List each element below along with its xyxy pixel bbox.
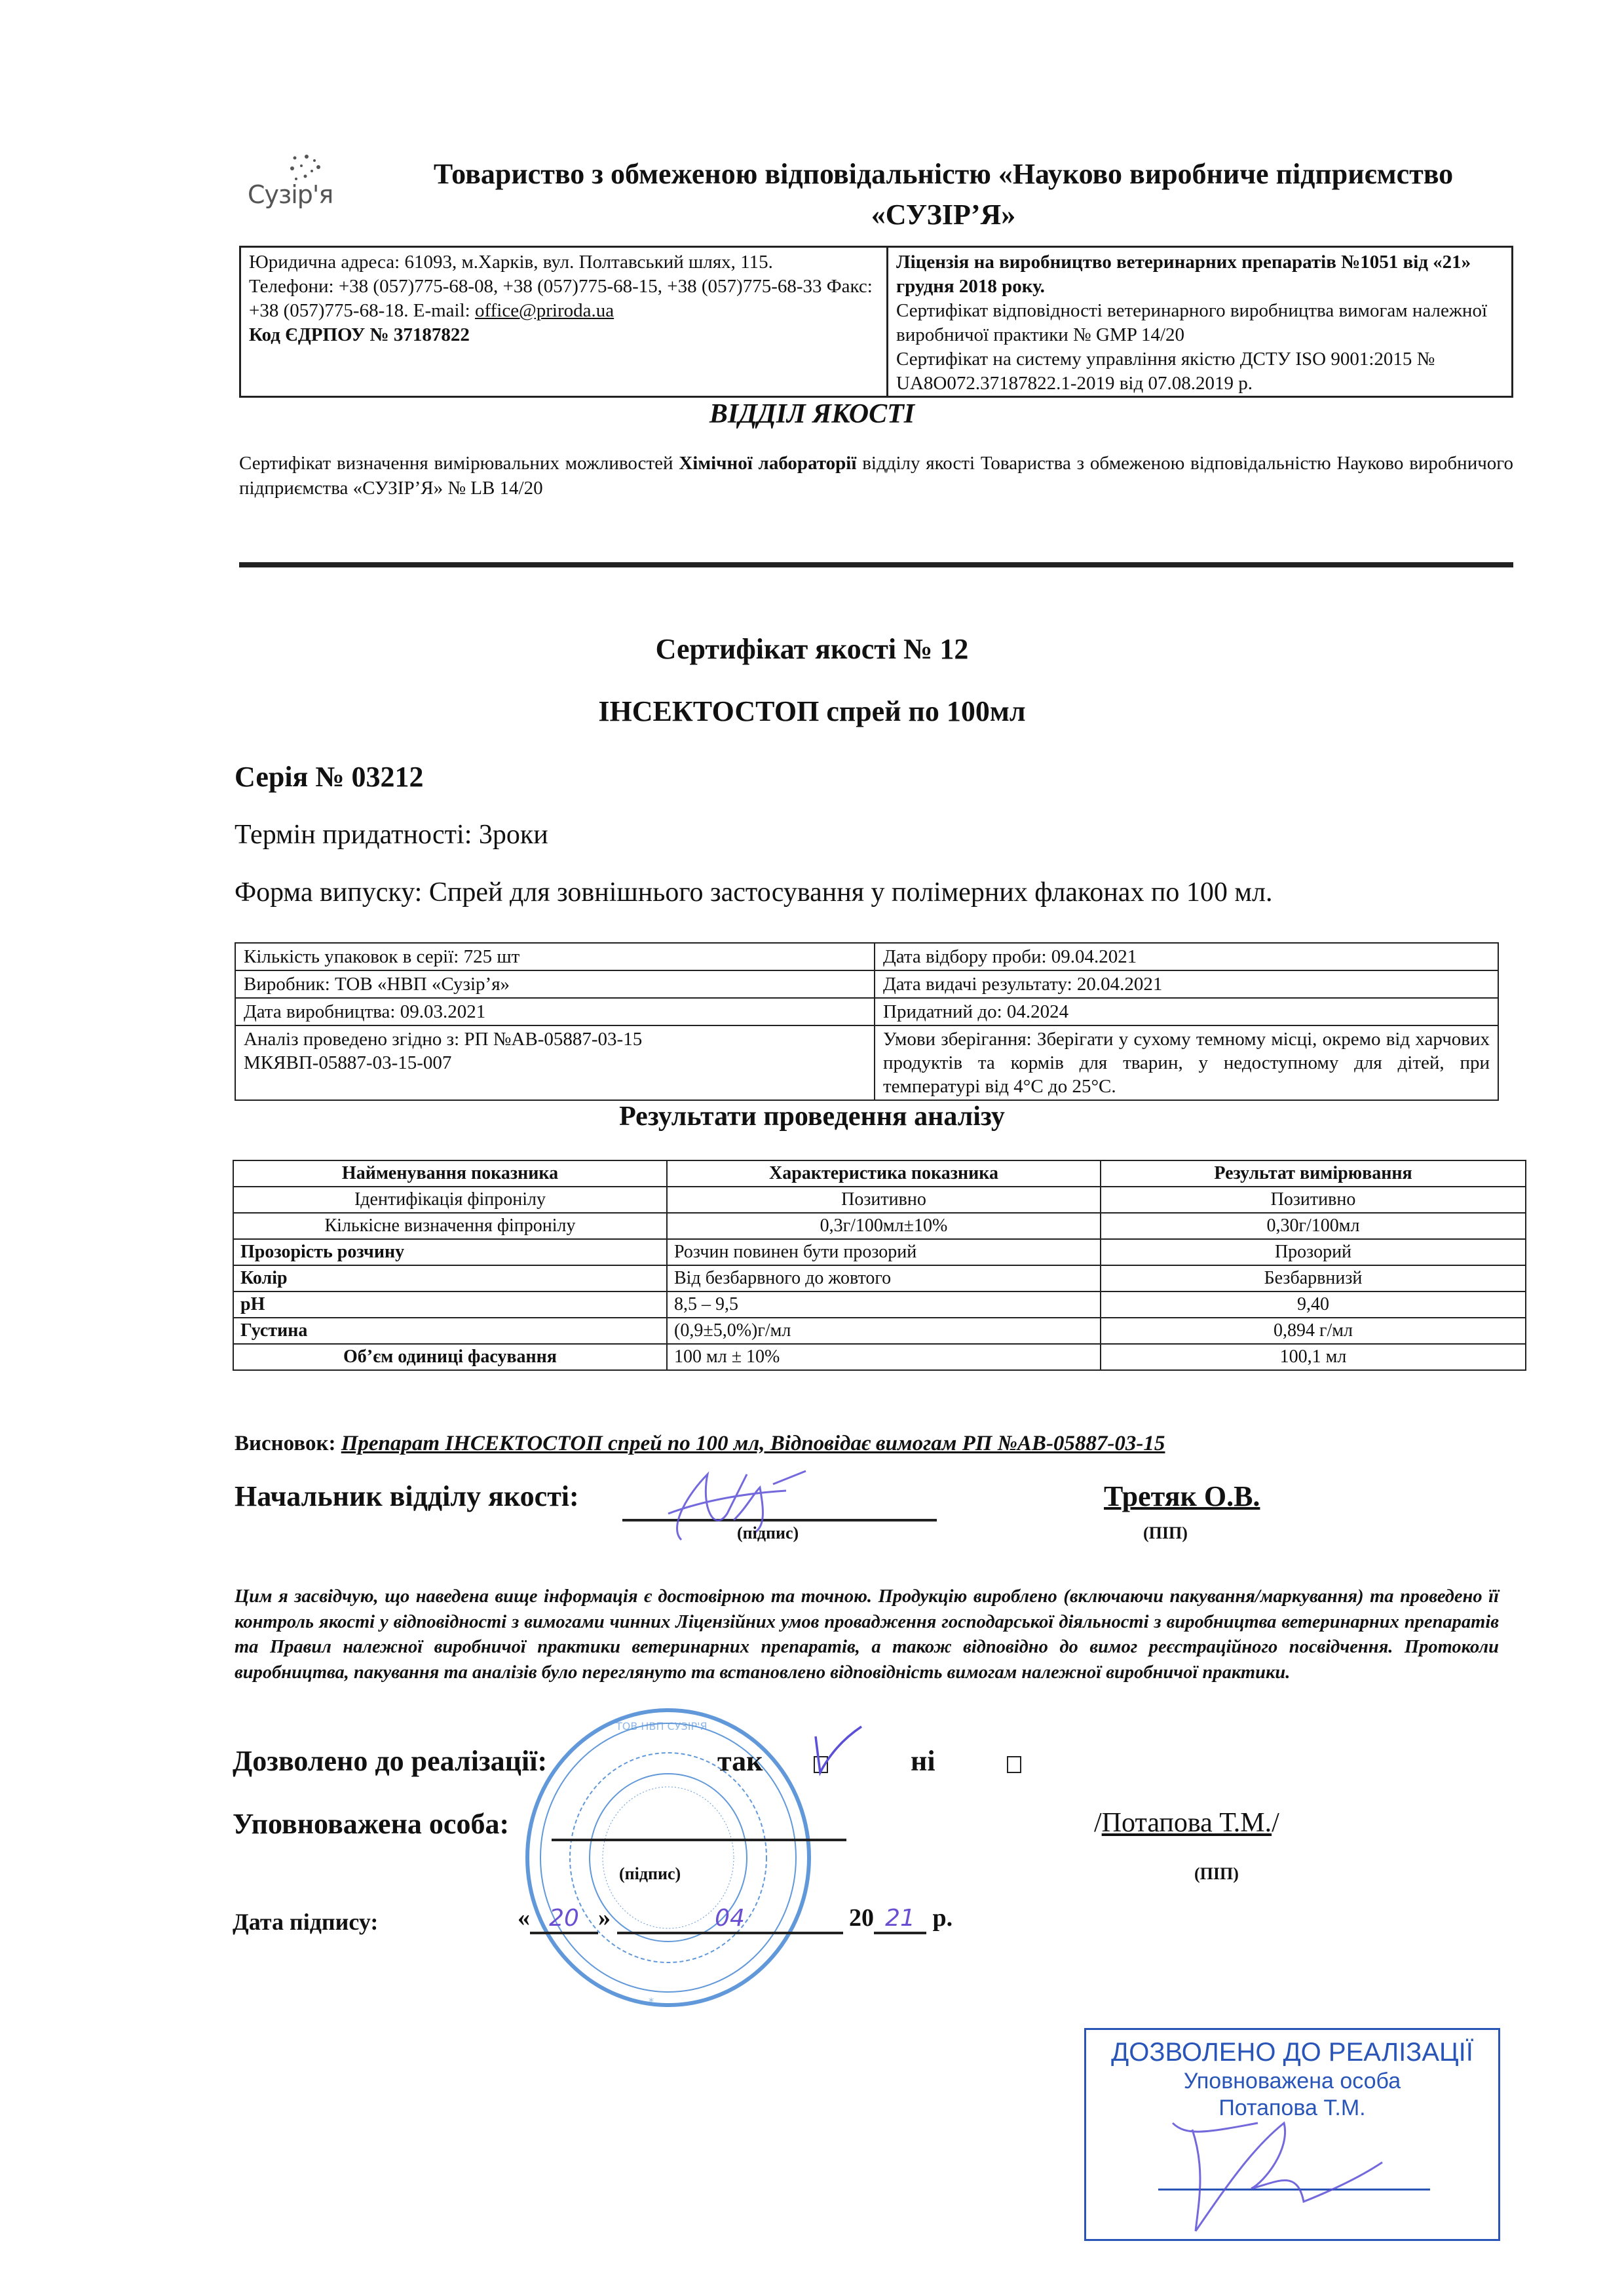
batch-info-table: Кількість упаковок в серії: 725 шт Дата …	[235, 942, 1499, 1101]
table-row: Об’єм одиниці фасування 100 мл ± 10% 100…	[233, 1344, 1526, 1370]
indicator-result: Безбарвнизй	[1101, 1265, 1526, 1291]
indicator-spec: Розчин повинен бути прозорий	[667, 1239, 1101, 1265]
head-qc-label: Начальник відділу якості:	[235, 1480, 579, 1513]
legal-address: Юридична адреса: 61093, м.Харків, вул. П…	[249, 250, 878, 275]
email-link[interactable]: office@priroda.ua	[475, 300, 614, 321]
indicator-name: Кількісне визначення фіпронілу	[233, 1213, 667, 1239]
batch-quantity: Кількість упаковок в серії: 725 шт	[235, 943, 875, 970]
table-header-row: Найменування показника Характеристика по…	[233, 1160, 1526, 1187]
expiry-date: Придатний до: 04.2024	[875, 998, 1498, 1025]
table-row: Густина (0,9±5,0%)г/мл 0,894 г/мл	[233, 1318, 1526, 1344]
indicator-spec: (0,9±5,0%)г/мл	[667, 1318, 1101, 1344]
indicator-result: Позитивно	[1101, 1187, 1526, 1213]
round-seal-icon: ТОВ НВП СУЗІР'Я *	[518, 1704, 819, 2012]
table-row: pH 8,5 – 9,5 9,40	[233, 1291, 1526, 1318]
table-row: Дата виробництва: 09.03.2021 Придатний д…	[235, 998, 1498, 1025]
logo-text: Сузір'я	[248, 180, 333, 209]
analysis-basis-line2: МКЯВП-05887-03-15-007	[244, 1051, 866, 1075]
name-suffix: /	[1272, 1808, 1279, 1838]
option-yes-label: так	[717, 1744, 763, 1778]
date-year-field[interactable]: 21	[874, 1905, 926, 1934]
date-month-field[interactable]: 04	[617, 1905, 843, 1934]
authorized-person-name: /Потапова Т.М./	[1094, 1807, 1279, 1839]
authorized-signature-line	[552, 1839, 846, 1841]
indicator-name: Густина	[233, 1318, 667, 1344]
results-title: Результати проведення аналізу	[0, 1101, 1624, 1132]
company-info-box: Юридична адреса: 61093, м.Харків, вул. П…	[239, 246, 1513, 398]
signature-caption: (підпис)	[737, 1523, 799, 1543]
results-table: Найменування показника Характеристика по…	[233, 1160, 1526, 1371]
analysis-basis-line1: Аналіз проведено згідно з: РП №АВ-05887-…	[244, 1027, 866, 1051]
column-header: Характеристика показника	[667, 1160, 1101, 1187]
option-no-checkbox[interactable]	[1007, 1756, 1021, 1773]
quote-open: «	[518, 1904, 530, 1932]
phones-fax: Телефони: +38 (057)775-68-08, +38 (057)7…	[249, 275, 878, 323]
name-caption: (ПІП)	[1194, 1864, 1239, 1884]
department-title: ВІДДІЛ ЯКОСТІ	[0, 398, 1624, 430]
head-qc-name: Третяк О.В.	[1104, 1480, 1260, 1513]
signature-caption: (підпис)	[619, 1864, 681, 1884]
production-license: Ліцензія на виробництво ветеринарних пре…	[896, 250, 1503, 299]
authorized-person-label: Уповноважена особа:	[233, 1807, 509, 1841]
company-title: Товариство з обмеженою відповідальністю …	[367, 154, 1520, 235]
name-caption: (ПІП)	[1143, 1523, 1188, 1543]
header-divider	[239, 562, 1513, 567]
table-row: Прозорість розчину Розчин повинен бути п…	[233, 1239, 1526, 1265]
indicator-spec: 0,3г/100мл±10%	[667, 1213, 1101, 1239]
indicator-result: Прозорий	[1101, 1239, 1526, 1265]
indicator-spec: Від безбарвного до жовтого	[667, 1265, 1101, 1291]
column-header: Найменування показника	[233, 1160, 667, 1187]
option-no-label: ні	[911, 1744, 935, 1778]
conclusion-value: Препарат ІНСЕКТОСТОП спрей по 100 мл, Ві…	[341, 1432, 1165, 1455]
date-day-field[interactable]: 20	[530, 1905, 598, 1934]
company-logo: Сузір'я	[248, 154, 339, 213]
column-header: Результат вимірювання	[1101, 1160, 1526, 1187]
checkmark-icon	[806, 1723, 865, 1782]
conclusion: Висновок: Препарат ІНСЕКТОСТОП спрей по …	[235, 1432, 1165, 1456]
stamp-line2: Уповноважена особа	[1086, 2069, 1498, 2094]
quote-close: »	[598, 1904, 611, 1932]
indicator-name: Ідентифікація фіпронілу	[233, 1187, 667, 1213]
product-title: ІНСЕКТОСТОП спрей по 100мл	[0, 695, 1624, 728]
release-form: Форма випуску: Спрей для зовнішнього зас…	[235, 877, 1272, 908]
sampling-date: Дата відбору проби: 09.04.2021	[875, 943, 1498, 970]
indicator-spec: 8,5 – 9,5	[667, 1291, 1101, 1318]
certificate-title: Сертифікат якості № 12	[0, 632, 1624, 666]
company-title-line2: «СУЗІР’Я»	[367, 195, 1520, 235]
lab-cert-text-bold: Хімічної лабораторії	[679, 453, 856, 474]
production-date: Дата виробництва: 09.03.2021	[235, 998, 875, 1025]
indicator-result: 100,1 мл	[1101, 1344, 1526, 1370]
indicator-spec: 100 мл ± 10%	[667, 1344, 1101, 1370]
indicator-result: 0,894 г/мл	[1101, 1318, 1526, 1344]
iso-certificate: Сертифікат на систему управління якістю …	[896, 347, 1503, 396]
svg-text:*: *	[649, 1995, 654, 2008]
shelf-life: Термін придатності: 3роки	[235, 819, 548, 851]
indicator-result: 9,40	[1101, 1291, 1526, 1318]
year-prefix: 20	[849, 1904, 874, 1932]
name-prefix: /	[1094, 1808, 1102, 1838]
storage-conditions: Умови зберігання: Зберігати у сухому тем…	[875, 1025, 1498, 1100]
table-row: Виробник: ТОВ «НВП «Сузір’я» Дата видачі…	[235, 970, 1498, 998]
edrpou-code: Код ЄДРПОУ № 37187822	[249, 323, 878, 347]
sign-date-label: Дата підпису:	[233, 1908, 378, 1936]
gmp-certificate: Сертифікат відповідності ветеринарного в…	[896, 299, 1503, 347]
name-value: Потапова Т.М.	[1102, 1808, 1272, 1838]
result-issue-date: Дата видачі результату: 20.04.2021	[875, 970, 1498, 998]
authorized-signature-icon	[1166, 2110, 1389, 2234]
company-title-line1: Товариство з обмеженою відповідальністю …	[367, 154, 1520, 195]
lab-cert-text-1: Сертифікат визначення вимірювальних можл…	[239, 453, 679, 474]
lab-certificate-note: Сертифікат визначення вимірювальних можл…	[239, 451, 1513, 501]
table-row: Аналіз проведено згідно з: РП №АВ-05887-…	[235, 1025, 1498, 1100]
table-row: Кількісне визначення фіпронілу 0,3г/100м…	[233, 1213, 1526, 1239]
table-row: Колір Від безбарвного до жовтого Безбарв…	[233, 1265, 1526, 1291]
sign-date: «20» 04 2021 р.	[518, 1904, 953, 1934]
svg-text:ТОВ НВП СУЗІР'Я: ТОВ НВП СУЗІР'Я	[615, 1720, 708, 1732]
indicator-name: Об’єм одиниці фасування	[233, 1344, 667, 1370]
indicator-name: Прозорість розчину	[233, 1239, 667, 1265]
indicator-spec: Позитивно	[667, 1187, 1101, 1213]
company-contacts: Юридична адреса: 61093, м.Харків, вул. П…	[241, 248, 888, 396]
analysis-basis: Аналіз проведено згідно з: РП №АВ-05887-…	[235, 1025, 875, 1100]
stamp-line1: ДОЗВОЛЕНО ДО РЕАЛІЗАЦІЇ	[1086, 2038, 1498, 2067]
indicator-name: Колір	[233, 1265, 667, 1291]
conclusion-label: Висновок:	[235, 1432, 341, 1455]
indicator-name: pH	[233, 1291, 667, 1318]
company-licenses: Ліцензія на виробництво ветеринарних пре…	[888, 248, 1511, 396]
attestation-text: Цим я засвідчую, що наведена вище інформ…	[235, 1584, 1499, 1685]
approved-for-sale-label: Дозволено до реалізації:	[233, 1744, 547, 1778]
manufacturer: Виробник: ТОВ «НВП «Сузір’я»	[235, 970, 875, 998]
table-row: Кількість упаковок в серії: 725 шт Дата …	[235, 943, 1498, 970]
table-row: Ідентифікація фіпронілу Позитивно Позити…	[233, 1187, 1526, 1213]
year-suffix: р.	[933, 1904, 953, 1932]
series-number: Серія № 03212	[235, 760, 424, 794]
indicator-result: 0,30г/100мл	[1101, 1213, 1526, 1239]
